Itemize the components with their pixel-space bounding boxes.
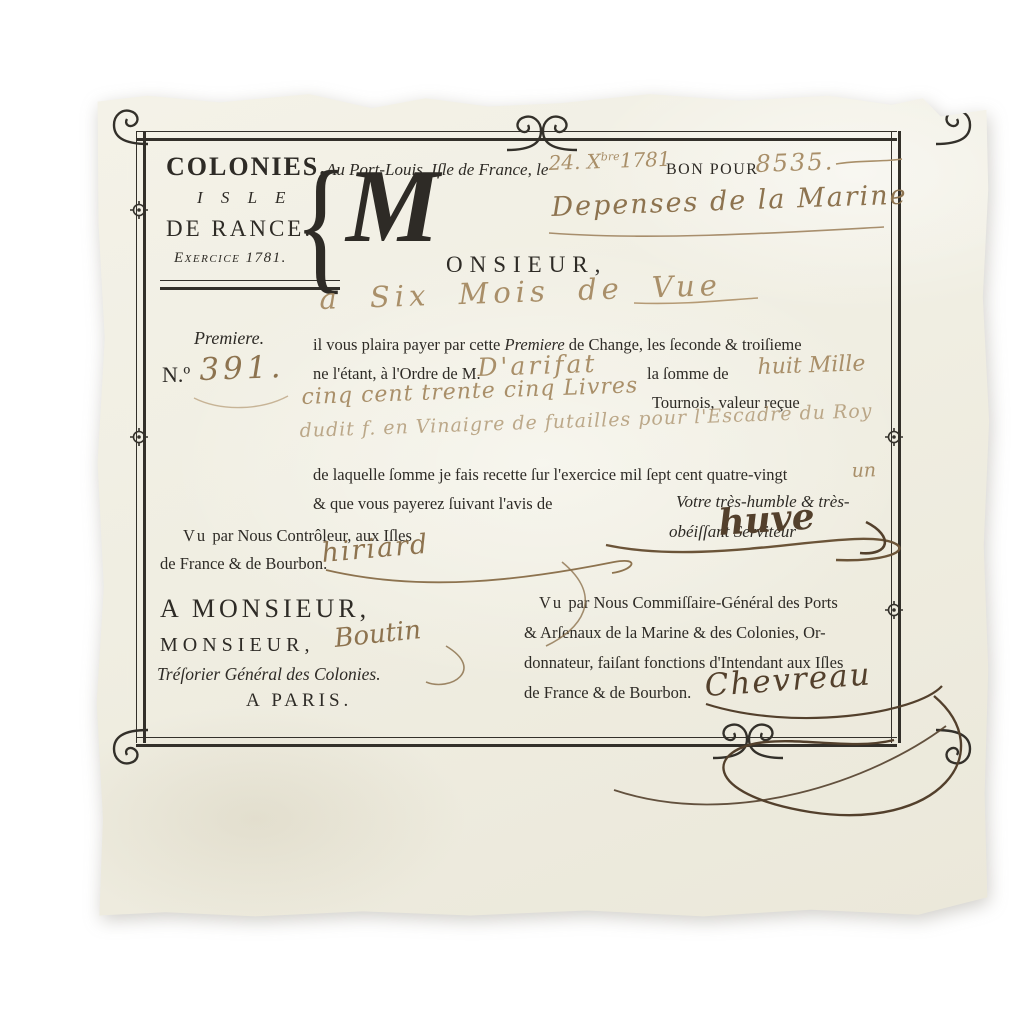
date-year: 1781	[619, 147, 671, 173]
header-isle: I S L E	[197, 188, 292, 208]
corner-curl-top-right	[936, 111, 970, 144]
address-line-2: MONSIEUR,	[160, 634, 314, 657]
address-line-1: A MONSIEUR,	[160, 594, 370, 624]
drawer-signature-tail	[860, 522, 885, 553]
vu-left-vu: Vu	[183, 526, 208, 545]
number-flourish-stroke	[194, 396, 288, 408]
header-de-rance: DE RANCE.	[166, 216, 313, 242]
paper-sheet: COLONIES. I S L E DE RANCE. Exercice 178…	[94, 90, 990, 918]
amount-words-1-handwritten: huit Mille	[757, 351, 866, 380]
vu-right-line-4: de France & de Bourbon.	[524, 683, 691, 703]
vu-left-line-2: de France & de Bourbon.	[160, 554, 327, 574]
drawer-signature-swash	[606, 539, 899, 560]
frame-right-line	[891, 131, 901, 743]
year-word-handwritten: un	[851, 459, 876, 482]
copy-label: Premiere.	[194, 328, 264, 349]
body-l1a: il vous plaira payer par cette	[313, 335, 505, 354]
corner-curl-bottom-right	[936, 730, 970, 763]
address-line-4: A PARIS.	[246, 690, 352, 712]
date-superscript: bre	[601, 150, 620, 164]
address-line-3: Tréſorier Général des Colonies.	[157, 664, 381, 685]
vu-right-line-1: Vu par Nous Commiſſaire-Général des Port…	[539, 593, 838, 613]
bon-pour-label: BON POUR	[666, 161, 758, 179]
drawer-signature-handwritten: huve	[717, 495, 816, 544]
frame-top-line	[136, 131, 897, 141]
amount-figures-handwritten: 8535.	[755, 147, 835, 178]
number-value-handwritten: 391.	[199, 349, 285, 388]
date-day-month: 24. X	[548, 149, 601, 175]
somme-de-label: la ſomme de	[647, 364, 729, 384]
frame-bottom-line	[136, 737, 897, 747]
body-l1c: de Change, les ſeconde & troiſieme	[565, 335, 802, 354]
scanned-document-photo: { "document_type": "Bill of exchange, Fr…	[0, 0, 1024, 1024]
frame-left-line	[136, 131, 146, 743]
vu-right-l1: par Nous Commiſſaire-Général des Ports	[564, 593, 838, 612]
commissaire-signature-loop	[723, 696, 961, 815]
header-exercice: Exercice 1781.	[174, 250, 287, 267]
dateline-place: Au Port-Louis, Iſle de France, le	[326, 160, 548, 180]
sight-term-handwritten: a Six Mois de Vue	[319, 268, 723, 316]
vu-right-vu: Vu	[539, 593, 564, 612]
expense-title-handwritten: Depenses de la Marine	[551, 180, 908, 223]
dateline-date-handwritten: 24. Xbre1781	[548, 147, 671, 175]
body-line-6: & que vous payerez ſuivant l'avis de	[313, 494, 552, 514]
number-prefix: N.º	[162, 362, 190, 388]
body-line-5: de laquelle ſomme je fais recette ſur l'…	[313, 465, 787, 485]
paper-sheet-wrapper: COLONIES. I S L E DE RANCE. Exercice 178…	[94, 90, 990, 918]
expense-underline-stroke	[549, 227, 884, 236]
treasurer-name-tail	[426, 646, 464, 684]
vu-right-line-2: & Arſenaux de la Marine & des Colonies, …	[524, 623, 826, 643]
